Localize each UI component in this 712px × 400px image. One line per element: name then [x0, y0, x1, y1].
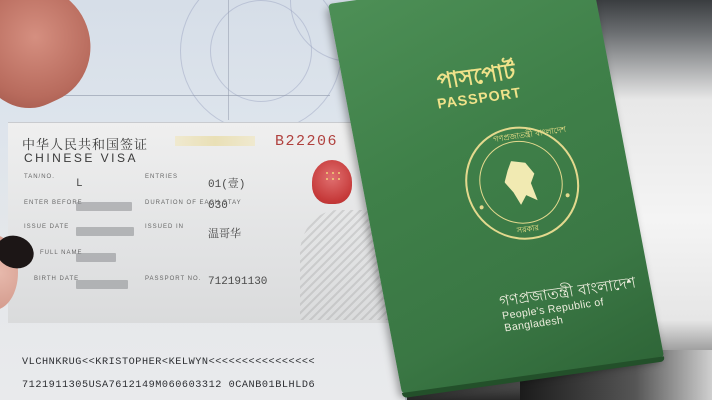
- redacted-value: [76, 202, 132, 211]
- field-label: TAN/NO.: [24, 174, 55, 180]
- field-duration-value: 030: [208, 200, 228, 212]
- page-line: [228, 0, 229, 120]
- photo-scene: 中华人民共和国签证 CHINESE VISA B22206 TAN/NO. L …: [0, 0, 712, 400]
- field-label: ENTER BEFORE: [24, 200, 83, 206]
- field-tan-no: TAN/NO.: [24, 174, 55, 180]
- field-value: 01(壹): [208, 179, 245, 191]
- mrz-line-1: VLCHNKRUG<<KRISTOPHER<KELWYN<<<<<<<<<<<<…: [22, 357, 315, 368]
- field-value: L: [76, 178, 83, 190]
- seal-star-icon: [565, 193, 570, 198]
- redacted-value: [76, 280, 128, 289]
- field-enter-before: ENTER BEFORE: [24, 200, 83, 206]
- page-line: [30, 95, 330, 96]
- hologram-band: [175, 136, 255, 146]
- field-issued-in: ISSUED IN: [145, 224, 184, 230]
- redacted-value: [76, 227, 134, 236]
- field-entries: ENTRIES: [145, 174, 178, 180]
- field-full-name-value: [76, 253, 116, 265]
- field-issued-in-value: 温哥华: [208, 225, 241, 241]
- field-enter-before-value: [76, 202, 132, 214]
- government-seal-icon: গণপ্রজাতন্ত্রী বাংলাদেশ সরকার: [456, 119, 589, 247]
- field-entries-value: 01(壹): [208, 175, 245, 191]
- visa-number: B22206: [275, 133, 338, 150]
- field-label: ISSUED IN: [145, 224, 184, 230]
- field-label: BIRTH DATE: [34, 276, 79, 282]
- field-label: ENTRIES: [145, 174, 178, 180]
- field-passport-no-value: 712191130: [208, 276, 267, 288]
- guilloche-pattern: [210, 0, 312, 102]
- national-emblem-icon: [312, 160, 352, 204]
- field-tan-no-value: L: [76, 178, 83, 190]
- redacted-value: [76, 253, 116, 262]
- field-value: 030: [208, 200, 228, 212]
- bangladesh-map-icon: [501, 158, 543, 207]
- mrz-line-2: 7121911305USA7612149M060603312 0CANB01BL…: [22, 380, 315, 391]
- seal-star-icon: [479, 205, 484, 210]
- field-value: 712191130: [208, 276, 267, 288]
- field-issue-date-value: [76, 227, 134, 239]
- field-birth-date: BIRTH DATE: [34, 276, 79, 282]
- field-issue-date: ISSUE DATE: [24, 224, 69, 230]
- field-label: ISSUE DATE: [24, 224, 69, 230]
- field-passport-no: PASSPORT NO.: [145, 276, 201, 282]
- field-value: 温哥华: [208, 229, 241, 241]
- seal-bottom-text: সরকার: [516, 222, 540, 238]
- seal-inner-ring: [472, 136, 570, 229]
- field-birth-date-value: [76, 280, 128, 292]
- field-label: PASSPORT NO.: [145, 276, 201, 282]
- visa-title-english: CHINESE VISA: [24, 151, 138, 165]
